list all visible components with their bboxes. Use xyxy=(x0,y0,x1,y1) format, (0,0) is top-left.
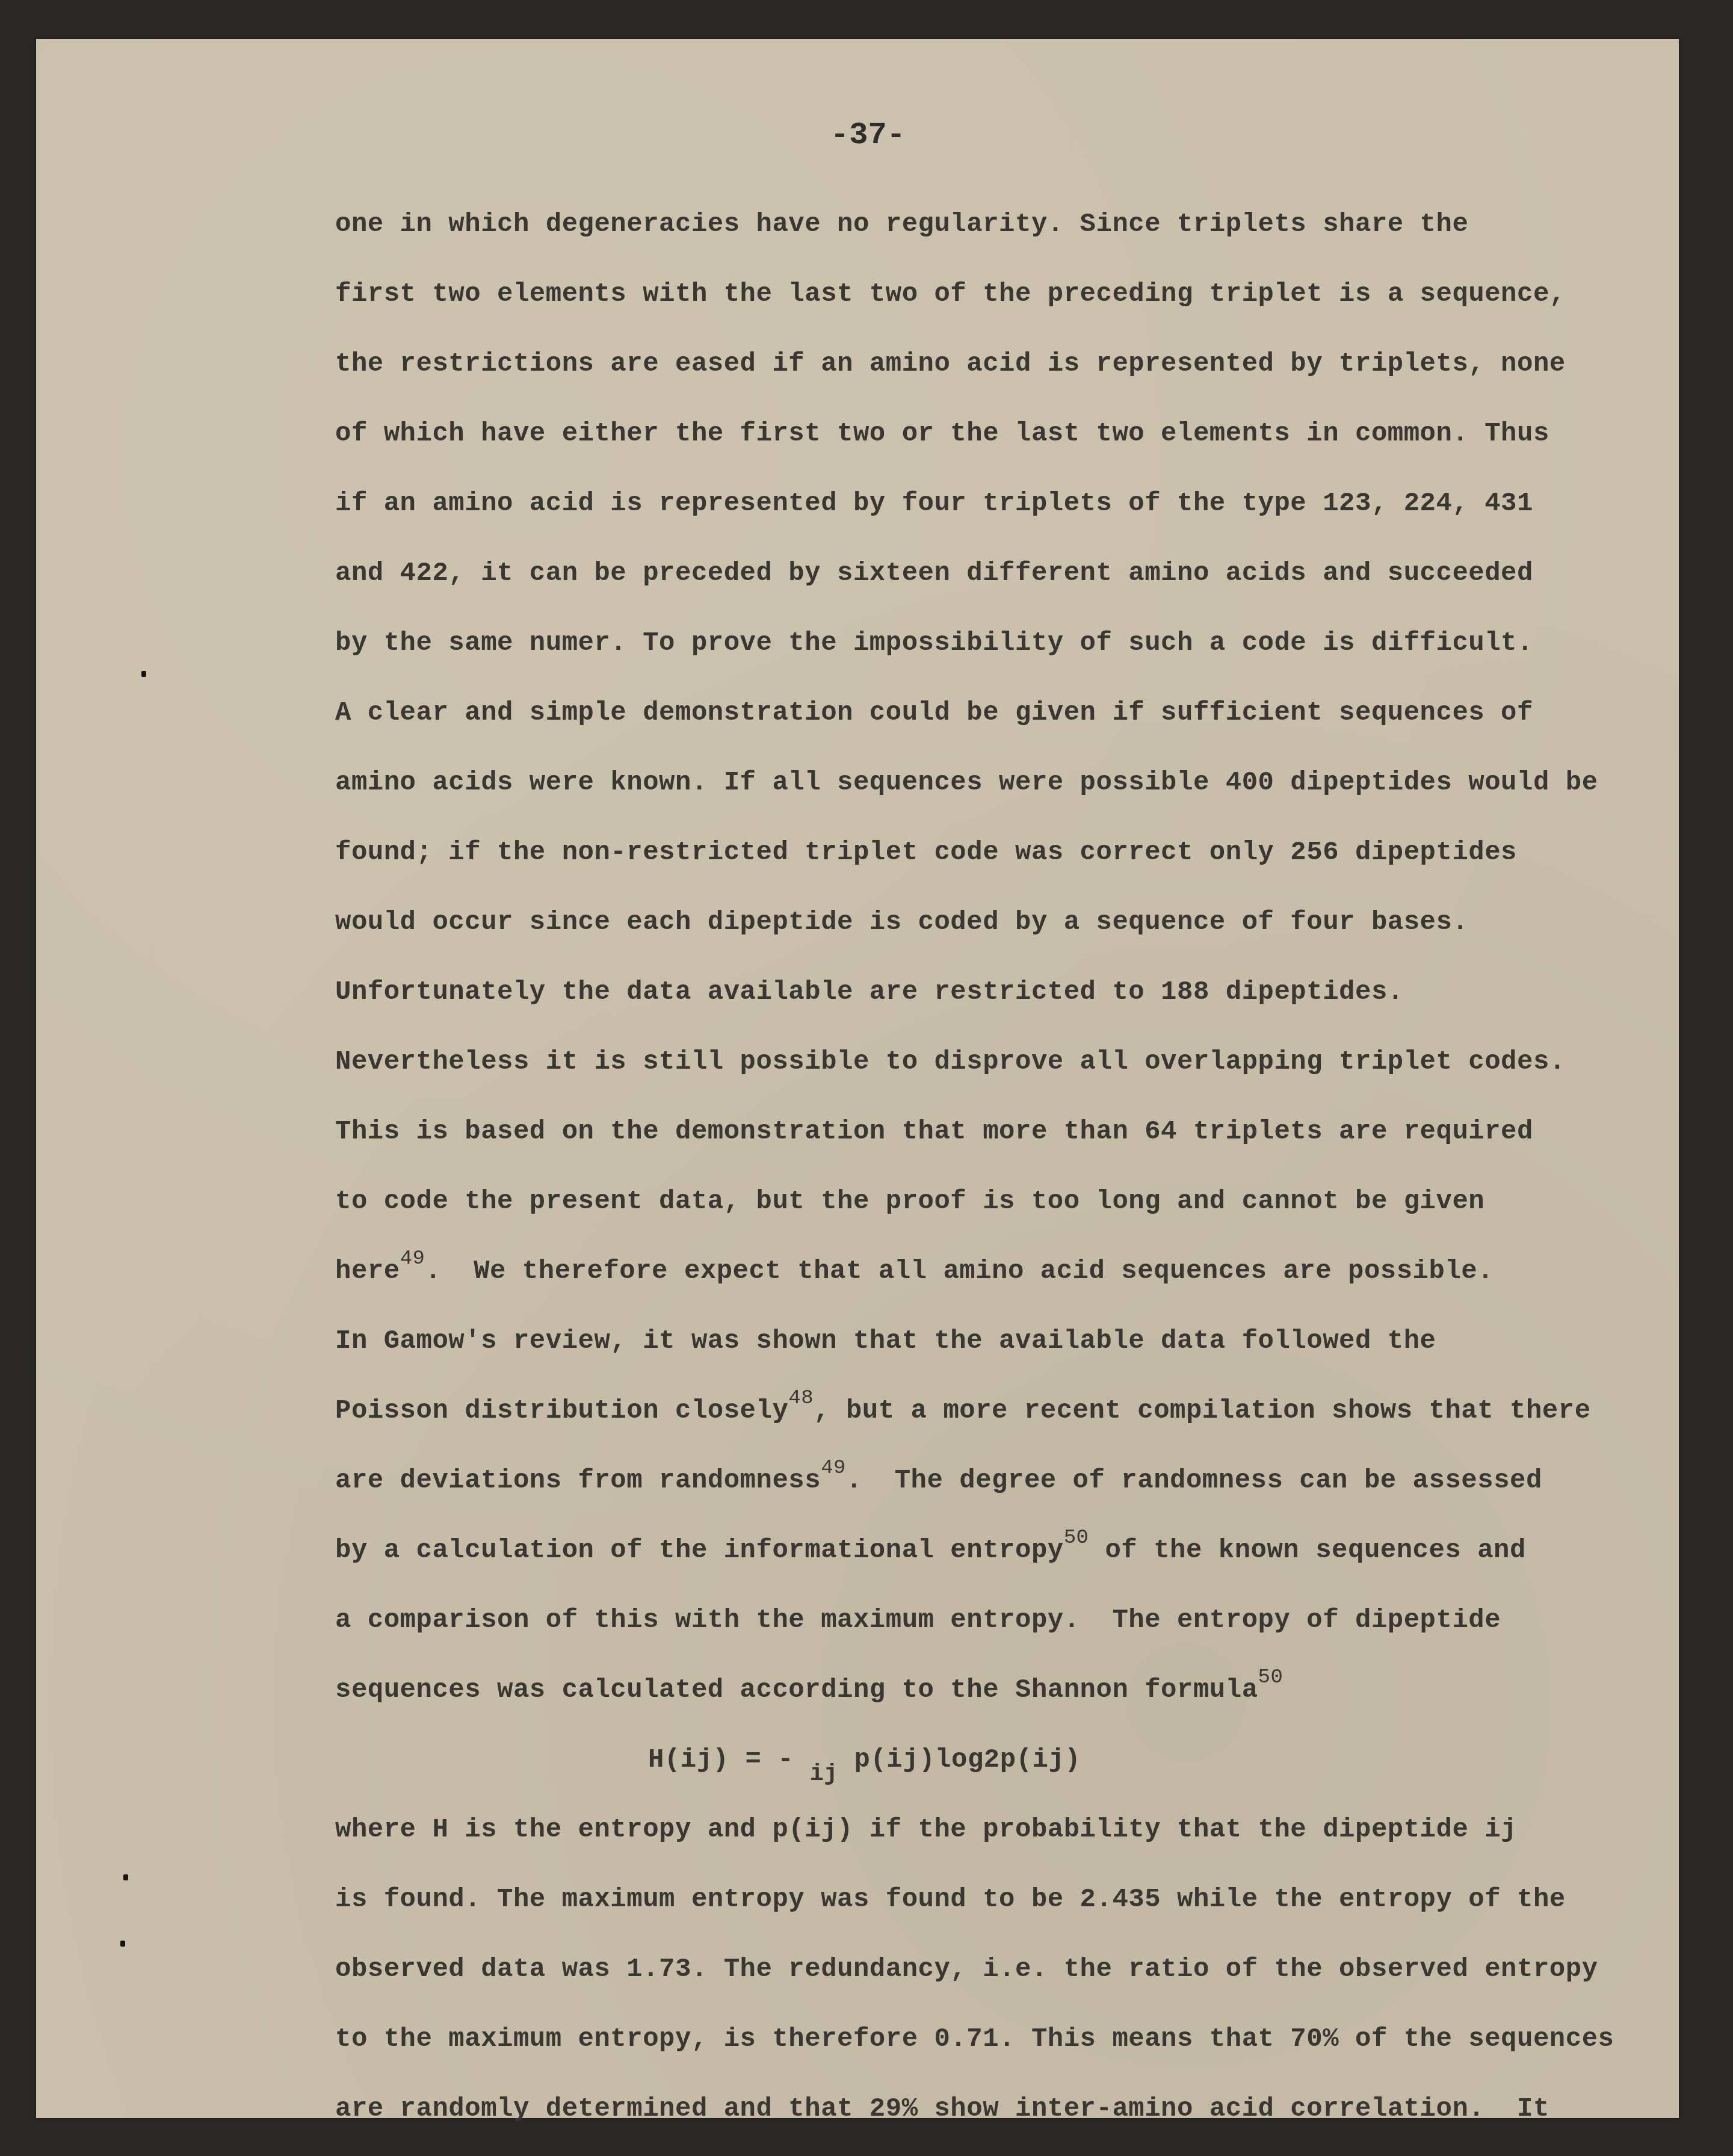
text-line: amino acids were known. If all sequences… xyxy=(335,748,1733,818)
text-line-with-footnote: sequences was calculated according to th… xyxy=(335,1655,1733,1725)
text-line: of which have either the first two or th… xyxy=(335,399,1733,469)
text-segment: here xyxy=(335,1256,400,1286)
text-segment: are deviations from randomness xyxy=(335,1466,821,1496)
text-line: Nevertheless it is still possible to dis… xyxy=(335,1027,1733,1097)
text-line: and 422, it can be preceded by sixteen d… xyxy=(335,539,1733,608)
text-line: where H is the entropy and p(ij) if the … xyxy=(335,1795,1733,1865)
text-line: a comparison of this with the maximum en… xyxy=(335,1586,1733,1655)
footnote-ref: 49 xyxy=(400,1247,425,1270)
text-line: one in which degeneracies have no regula… xyxy=(335,190,1733,259)
text-segment: . The degree of randomness can be assess… xyxy=(846,1466,1542,1496)
text-line: to the maximum entropy, is therefore 0.7… xyxy=(335,2004,1733,2074)
formula-lhs: H(ij) = - xyxy=(648,1745,810,1775)
text-line-with-footnote: are deviations from randomness49. The de… xyxy=(335,1446,1733,1516)
text-line: to code the present data, but the proof … xyxy=(335,1167,1733,1237)
text-segment: by a calculation of the informational en… xyxy=(335,1536,1064,1566)
hole-mark xyxy=(123,1874,128,1880)
text-line: In Gamow's review, it was shown that the… xyxy=(335,1306,1733,1376)
text-line-with-footnote: here49. We therefore expect that all ami… xyxy=(335,1237,1733,1306)
text-line: found; if the non-restricted triplet cod… xyxy=(335,818,1733,888)
text-line: A clear and simple demonstration could b… xyxy=(335,678,1733,748)
text-line: would occur since each dipeptide is code… xyxy=(335,888,1733,957)
shannon-formula: H(ij) = - ij p(ij)log2p(ij) xyxy=(335,1725,1733,1795)
hole-mark xyxy=(120,1941,125,1947)
footnote-ref: 50 xyxy=(1258,1666,1284,1689)
text-line: Unfortunately the data available are res… xyxy=(335,957,1733,1027)
text-segment: . We therefore expect that all amino aci… xyxy=(425,1256,1494,1286)
text-line: first two elements with the last two of … xyxy=(335,259,1733,329)
body-text: one in which degeneracies have no regula… xyxy=(335,190,1733,2144)
footnote-ref: 48 xyxy=(788,1387,814,1410)
text-line-with-footnote: by a calculation of the informational en… xyxy=(335,1516,1733,1586)
text-line: This is based on the demonstration that … xyxy=(335,1097,1733,1167)
text-line: if an amino acid is represented by four … xyxy=(335,469,1733,539)
document-page: -37- one in which degeneracies have no r… xyxy=(36,39,1679,2118)
text-line: by the same numer. To prove the impossib… xyxy=(335,608,1733,678)
text-line: is found. The maximum entropy was found … xyxy=(335,1865,1733,1935)
text-segment: of the known sequences and xyxy=(1089,1536,1526,1566)
text-segment: Poisson distribution closely xyxy=(335,1396,788,1426)
text-segment: , but a more recent compilation shows th… xyxy=(814,1396,1590,1426)
text-line: are randomly determined and that 29% sho… xyxy=(335,2074,1733,2144)
hole-mark xyxy=(141,671,146,677)
formula-subscript: ij xyxy=(810,1761,838,1787)
formula-rhs: p(ij)log2p(ij) xyxy=(838,1745,1081,1775)
text-line-with-footnote: Poisson distribution closely48, but a mo… xyxy=(335,1376,1733,1446)
text-segment: sequences was calculated according to th… xyxy=(335,1675,1258,1705)
page-number: -37- xyxy=(830,117,906,153)
footnote-ref: 49 xyxy=(821,1457,846,1480)
text-line: the restrictions are eased if an amino a… xyxy=(335,329,1733,399)
footnote-ref: 50 xyxy=(1064,1527,1089,1549)
text-line: observed data was 1.73. The redundancy, … xyxy=(335,1935,1733,2004)
